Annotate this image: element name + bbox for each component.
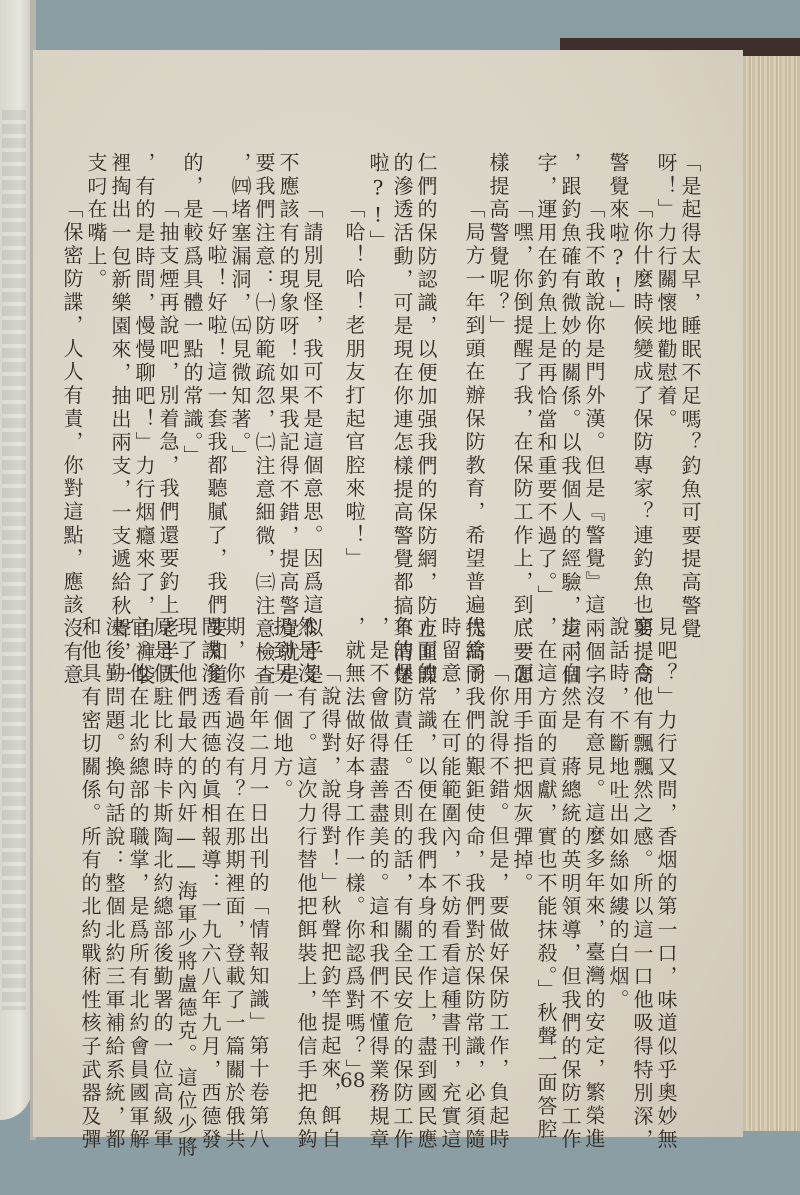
facing-page-edge — [0, 0, 32, 1120]
text-column: ，一面用手指把烟灰彈掉。 — [511, 616, 533, 896]
text-column: 方面的常識，以便在我們本身的工作上，盡到國民應 — [415, 616, 437, 1152]
text-column: 裡掏出一包新樂園來，抽出兩支，一支遞給秋聲，一 — [109, 152, 131, 688]
text-column: 「你說得不錯。但是，要做好保防工作，負起時 — [487, 662, 509, 1151]
text-column: ，是不會做得盡善盡美的。這和我們不懂得業務規章 — [367, 616, 389, 1152]
text-column: 步，自然是 蔣總統的英明領導，但我們的保防工作 — [559, 616, 581, 1152]
text-column: 「好啦！好啦！這一套我都聽膩了，我們要知道 — [205, 198, 227, 687]
text-column: 「前年二月一日出刊的「情報知識」第十卷第八 — [247, 662, 269, 1151]
text-column: 官。他在北約總部的職掌，是爲所有北約會員國軍解 — [127, 616, 149, 1152]
text-column: 說話時，不斷地吐出如絲如縷的白烟。 — [607, 616, 629, 1012]
text-column: 和他具有密切關係。所有的北約戰術性核子武器及彈 — [79, 616, 101, 1152]
text-column: 「說得對，說得對！」秋聲把釣竿提起來，餌自 — [319, 662, 341, 1151]
text-column: 「沒有意見。這麼多年來，臺灣的安定，繁榮進 — [583, 662, 605, 1151]
text-column: 決後勤問題。換句話說：整個北約三軍補給系統，都 — [103, 616, 125, 1152]
text-column: 現了他們最大的內奸——海軍少將盧德克。這位少將 — [175, 616, 197, 1160]
text-column: 見吧？」力行又問，香烟的第一口，味道似乎奧妙無 — [655, 616, 677, 1152]
text-column: ，在這方面的貢獻，實也不能抹殺。」秋聲一面答腔 — [535, 616, 557, 1142]
text-column: 「局方一年到頭在辦保防教育，希望普遍提高同 — [463, 198, 485, 687]
text-column: 的，是較爲具體一點的常識。」 — [181, 152, 203, 468]
text-column: 「請別見怪，我可不是這個意思。因爲這似乎是 — [301, 198, 323, 687]
text-column: 啦?!」 — [367, 152, 389, 253]
text-column: 「你什麼時候變成了保防專家？連釣魚也要提高 — [631, 198, 653, 687]
page-number: 68 — [340, 1068, 365, 1092]
text-column: ，㈣堵塞漏洞，㈤見微知著。」 — [229, 152, 251, 468]
text-column: 仁們的保防認識，以便加强我們的保防網，防止匪諜 — [415, 152, 437, 688]
text-column: 「我不敢說你是門外漢。但是『警覺』這兩個字 — [583, 198, 605, 687]
text-column: 代給予我們的艱鉅使命，我們對於保防常識，必須隨 — [463, 616, 485, 1152]
text-column: 樣提高警覺呢？」 — [487, 152, 509, 338]
text-column: 「哈！哈！老朋友打起官腔來啦！」 — [343, 198, 365, 571]
text-column: 「是起得太早，睡眠不足嗎？釣魚可要提高警覺 — [679, 152, 701, 641]
text-column: 原是個駐比利時卡斯陶北約總部後勤署的一位高級軍 — [151, 616, 173, 1152]
text-column: 負的保防責任。否則的話，有關全民安危的保防工作 — [391, 616, 413, 1152]
facing-page-text-shadow — [2, 110, 26, 1010]
text-column: 不應該有的現象呀！如果我記得不錯，提高警覺就是 — [277, 152, 299, 688]
text-column: 「嘿，你倒提醒了我，在保防工作上，到底要怎 — [511, 198, 533, 687]
text-column: 「保密防諜，人人有責，你對這點，應該沒有意 — [61, 198, 83, 687]
text-column: ，就無法做好本身工作一樣。你認爲對嗎？」 — [343, 616, 365, 1082]
text-column: 支叼在嘴上。 — [85, 152, 107, 292]
text-column: ，跟釣魚確有微妙的關係。以我個人的經驗，這兩個 — [559, 152, 581, 688]
text-column: 字，運用在釣魚上是再恰當和重要不過了。」 — [535, 152, 557, 608]
text-column: 期，你看過沒有？在那期裡面，登載了一篇關於俄共 — [223, 616, 245, 1152]
text-column: 扔到另一個地方。 — [271, 616, 293, 802]
text-column: ，有的是時間，慢慢聊吧！」力行烟癮來了，由褲袋 — [133, 152, 155, 688]
text-column: 「抽支煙再說吧，別着急，我們還要釣上老半天 — [157, 198, 179, 687]
text-column: 然是沒有了。這次力行替他把餌裝上，他信手把魚鈎 — [295, 616, 317, 1152]
text-column: 警覺來啦?!」 — [607, 152, 629, 323]
text-column: 窮，令他有飄飄然之感。所以這一口他吸得特別深， — [631, 616, 653, 1152]
text-column: 間諜滲透西德的眞相報導：一九六八年九月，西德發 — [199, 616, 221, 1152]
text-column: 要我們注意：㈠防範疏忽，㈡注意細微，㈢注意檢查 — [253, 152, 275, 688]
text-column: 呀！」力行關懷地勸慰着。 — [655, 152, 677, 432]
text-column: 的滲透活動，可是現在你連怎樣提高警覺都搞不清楚 — [391, 152, 413, 688]
text-column: 時留意，在可能範圍內，不妨看看這種書刊，充實這 — [439, 616, 461, 1152]
page-stack-edges — [743, 56, 800, 1131]
